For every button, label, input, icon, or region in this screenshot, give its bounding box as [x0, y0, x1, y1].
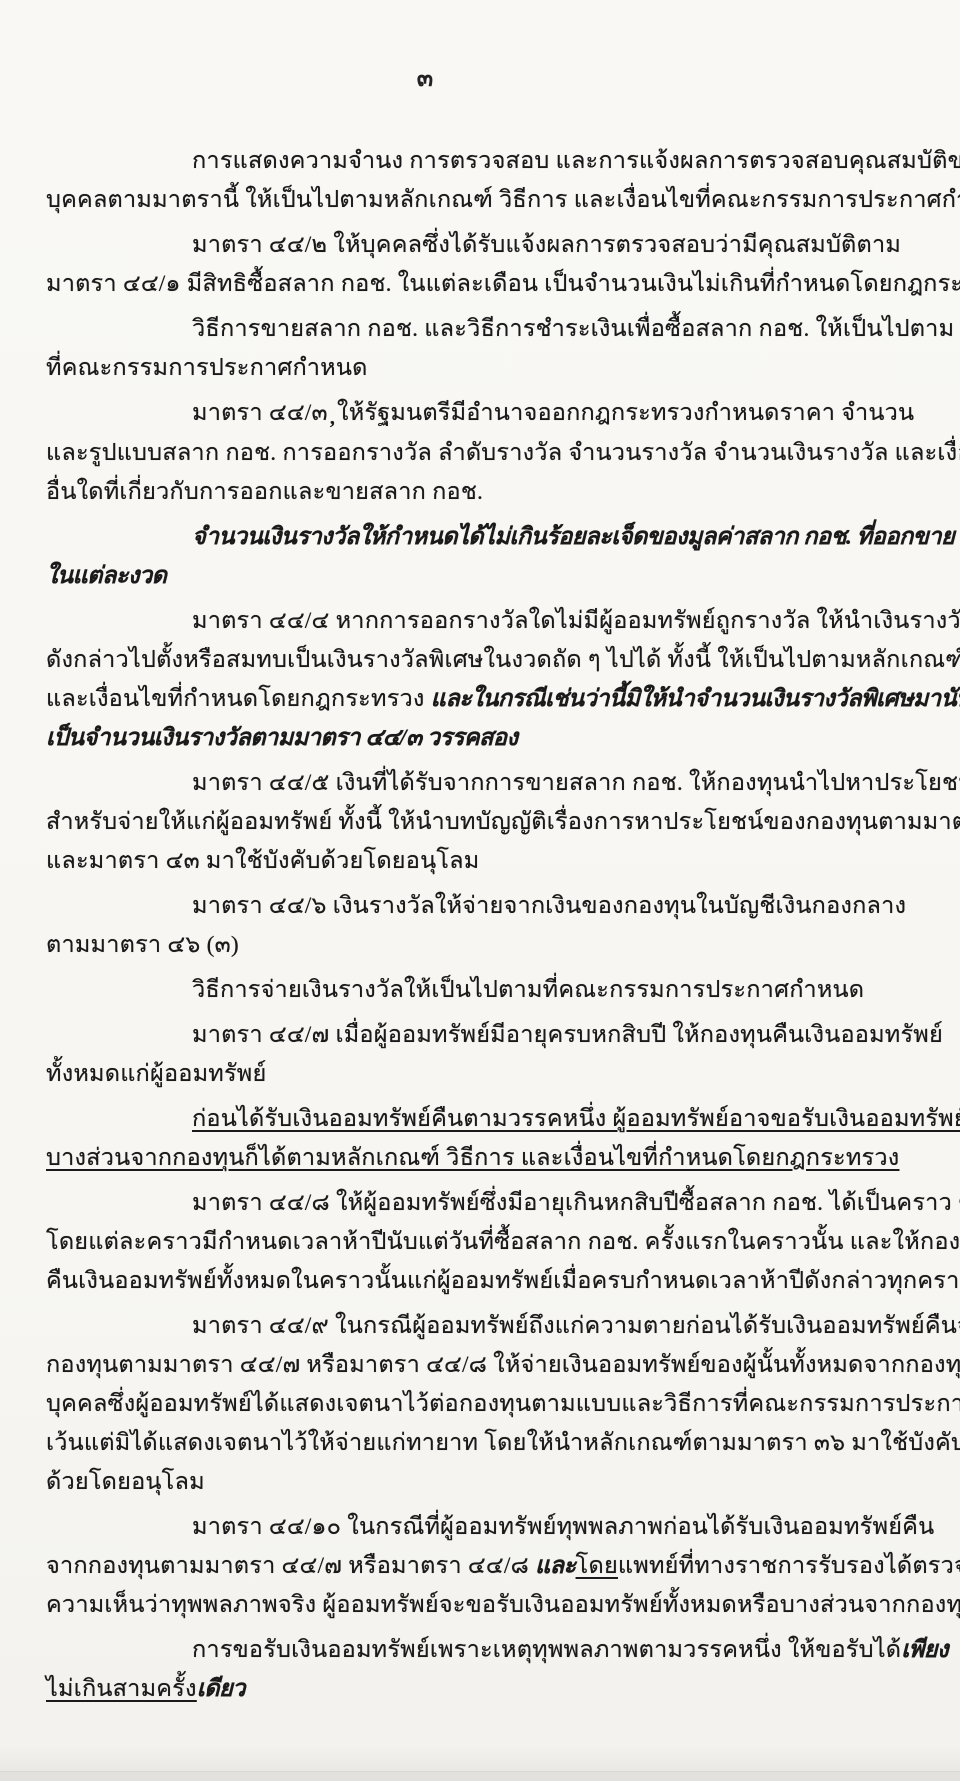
text-line: มาตรา ๔๔/๓,ให้รัฐมนตรีมีอำนาจออกกฎกระทรว… [46, 394, 906, 434]
text-segment: การขอรับเงินออมทรัพย์เพราะเหตุทุพพลภาพตา… [192, 1637, 901, 1663]
text-line: และรูปแบบสลาก กอช. การออกรางวัล ลำดับราง… [46, 434, 906, 473]
text-line: บุคคลซึ่งผู้ออมทรัพย์ได้แสดงเจตนาไว้ต่อก… [46, 1385, 906, 1424]
pen-mark: , [328, 407, 337, 429]
text-line: สำหรับจ่ายให้แก่ผู้ออมทรัพย์ ทั้งนี้ ให้… [46, 803, 906, 842]
text-segment: มาตรา ๔๔/๕ เงินที่ได้รับจากการขายสลาก กอ… [192, 770, 960, 796]
text-line: ตามมาตรา ๔๖ (๓) [46, 926, 906, 965]
text-segment: ดังกล่าวไปตั้งหรือสมทบเป็นเงินรางวัลพิเศ… [46, 647, 960, 673]
text-line: มาตรา ๔๔/๗ เมื่อผู้ออมทรัพย์มีอายุครบหกส… [46, 1016, 906, 1055]
text-line: เว้นแต่มิได้แสดงเจตนาไว้ให้จ่ายแก่ทายาท … [46, 1424, 906, 1463]
text-segment: วิธีการขายสลาก กอช. และวิธีการชำระเงินเพ… [192, 316, 954, 342]
text-line: และเงื่อนไขที่กำหนดโดยกฎกระทรวง และในกรณ… [46, 680, 906, 719]
scan-edge-shadow [0, 1771, 960, 1781]
text-segment: แพทย์ที่ทางราชการรับรองได้ตรวจและแสดง [618, 1553, 960, 1579]
text-line: บางส่วนจากกองทุนก็ได้ตามหลักเกณฑ์ วิธีกา… [46, 1139, 906, 1178]
text-segment: จากกองทุนตามมาตรา ๔๔/๗ หรือมาตรา ๔๔/๘ [46, 1553, 535, 1579]
text-segment: มาตรา ๔๔/๒ ให้บุคคลซึ่งได้รับแจ้งผลการตร… [192, 232, 901, 258]
text-line: ก่อนได้รับเงินออมทรัพย์คืนตามวรรคหนึ่ง ผ… [46, 1100, 906, 1139]
text-segment: มาตรา ๔๔/๑ มีสิทธิซื้อสลาก กอช. ในแต่ละเ… [46, 271, 960, 297]
text-segment: มาตรา ๔๔/๔ หากการออกรางวัลใดไม่มีผู้ออมท… [192, 608, 960, 634]
text-segment: มาตรา ๔๔/๘ ให้ผู้ออมทรัพย์ซึ่งมีอายุเกิน… [192, 1190, 960, 1216]
text-line: วิธีการขายสลาก กอช. และวิธีการชำระเงินเพ… [46, 310, 906, 349]
text-segment: ทั้งหมดแก่ผู้ออมทรัพย์ [46, 1061, 266, 1087]
text-line: จากกองทุนตามมาตรา ๔๔/๗ หรือมาตรา ๔๔/๘ แล… [46, 1547, 906, 1586]
text-line: อื่นใดที่เกี่ยวกับการออกและขายสลาก กอช. [46, 473, 906, 512]
text-line: ความเห็นว่าทุพพลภาพจริง ผู้ออมทรัพย์จะขอ… [46, 1586, 906, 1625]
text-segment: ที่คณะกรรมการประกาศกำหนด [46, 355, 368, 381]
text-segment: ก่อนได้รับเงินออมทรัพย์คืนตามวรรคหนึ่ง ผ… [192, 1106, 960, 1132]
text-line: ด้วยโดยอนุโลม [46, 1463, 906, 1502]
text-line: คืนเงินออมทรัพย์ทั้งหมดในคราวนั้นแก่ผู้อ… [46, 1262, 906, 1301]
text-line: บุคคลตามมาตรานี้ ให้เป็นไปตามหลักเกณฑ์ ว… [46, 181, 906, 220]
text-segment: ตามมาตรา ๔๖ (๓) [46, 932, 239, 958]
text-line: จำนวนเงินรางวัลให้กำหนดได้ไม่เกินร้อยละเ… [46, 518, 906, 557]
text-segment: และเงื่อนไขที่กำหนดโดยกฎกระทรวง [46, 686, 431, 712]
text-segment: จำนวนเงินรางวัลให้กำหนดได้ไม่เกินร้อยละเ… [192, 524, 954, 550]
text-segment: การแสดงความจำนง การตรวจสอบ และการแจ้งผลก… [192, 148, 960, 174]
text-segment: บุคคลซึ่งผู้ออมทรัพย์ได้แสดงเจตนาไว้ต่อก… [46, 1391, 960, 1417]
text-segment: กองทุนตามมาตรา ๔๔/๗ หรือมาตรา ๔๔/๘ ให้จ่… [46, 1352, 960, 1378]
text-line: ดังกล่าวไปตั้งหรือสมทบเป็นเงินรางวัลพิเศ… [46, 641, 906, 680]
text-segment: และมาตรา ๔๓ มาใช้บังคับด้วยโดยอนุโลม [46, 848, 479, 874]
text-segment: บุคคลตามมาตรานี้ ให้เป็นไปตามหลักเกณฑ์ ว… [46, 187, 960, 213]
text-line: และมาตรา ๔๓ มาใช้บังคับด้วยโดยอนุโลม [46, 842, 906, 881]
scanned-document-page: ๓ การแสดงความจำนง การตรวจสอบ และการแจ้งผ… [0, 0, 960, 1781]
text-line: มาตรา ๔๔/๑ มีสิทธิซื้อสลาก กอช. ในแต่ละเ… [46, 265, 906, 304]
text-segment: มาตรา ๔๔/๙ ในกรณีผู้ออมทรัพย์ถึงแก่ความต… [192, 1313, 960, 1339]
text-segment: คืนเงินออมทรัพย์ทั้งหมดในคราวนั้นแก่ผู้อ… [46, 1268, 960, 1294]
text-segment: ความเห็นว่าทุพพลภาพจริง ผู้ออมทรัพย์จะขอ… [46, 1592, 960, 1618]
text-segment: อื่นใดที่เกี่ยวกับการออกและขายสลาก กอช. [46, 479, 483, 505]
text-line: วิธีการจ่ายเงินรางวัลให้เป็นไปตามที่คณะก… [46, 971, 906, 1010]
text-segment: มาตรา ๔๔/๗ เมื่อผู้ออมทรัพย์มีอายุครบหกส… [192, 1022, 943, 1048]
text-segment: และ [535, 1553, 576, 1579]
text-segment: โดยแต่ละคราวมีกำหนดเวลาห้าปีนับแต่วันที่… [46, 1229, 960, 1255]
text-segment: วิธีการจ่ายเงินรางวัลให้เป็นไปตามที่คณะก… [192, 977, 864, 1003]
text-line: การแสดงความจำนง การตรวจสอบ และการแจ้งผลก… [46, 142, 906, 181]
text-segment: ด้วยโดยอนุโลม [46, 1469, 205, 1495]
text-segment: และรูปแบบสลาก กอช. การออกรางวัล ลำดับราง… [46, 440, 960, 466]
text-segment: ไม่เกินสามครั้ง [46, 1676, 197, 1702]
text-segment: ในแต่ละงวด [46, 563, 166, 589]
text-segment: สำหรับจ่ายให้แก่ผู้ออมทรัพย์ ทั้งนี้ ให้… [46, 809, 960, 835]
text-segment: เดียว [197, 1676, 245, 1702]
text-line: ไม่เกินสามครั้งเดียว [46, 1670, 906, 1709]
text-line: มาตรา ๔๔/๘ ให้ผู้ออมทรัพย์ซึ่งมีอายุเกิน… [46, 1184, 906, 1223]
text-segment: มาตรา ๔๔/๑๐ ในกรณีที่ผู้ออมทรัพย์ทุพพลภา… [192, 1514, 934, 1540]
text-segment: มาตรา ๔๔/๖ เงินรางวัลให้จ่ายจากเงินของกอ… [192, 893, 906, 919]
text-segment: ให้รัฐมนตรีมีอำนาจออกกฎกระทรวงกำหนดราคา … [337, 400, 914, 426]
text-segment: เป็นจำนวนเงินรางวัลตามมาตรา ๔๔/๓ วรรคสอง [46, 725, 517, 751]
text-line: ทั้งหมดแก่ผู้ออมทรัพย์ [46, 1055, 906, 1094]
text-line: การขอรับเงินออมทรัพย์เพราะเหตุทุพพลภาพตา… [46, 1631, 906, 1670]
text-segment: และในกรณีเช่นว่านี้มิให้นำจำนวนเงินรางวั… [431, 686, 960, 712]
text-line: โดยแต่ละคราวมีกำหนดเวลาห้าปีนับแต่วันที่… [46, 1223, 906, 1262]
text-line: ที่คณะกรรมการประกาศกำหนด [46, 349, 906, 388]
text-segment: เพียง [901, 1637, 948, 1663]
text-line: มาตรา ๔๔/๖ เงินรางวัลให้จ่ายจากเงินของกอ… [46, 887, 906, 926]
text-line: มาตรา ๔๔/๙ ในกรณีผู้ออมทรัพย์ถึงแก่ความต… [46, 1307, 906, 1346]
text-segment: มาตรา ๔๔/๓ [192, 400, 328, 426]
text-line: กองทุนตามมาตรา ๔๔/๗ หรือมาตรา ๔๔/๘ ให้จ่… [46, 1346, 906, 1385]
text-line: มาตรา ๔๔/๒ ให้บุคคลซึ่งได้รับแจ้งผลการตร… [46, 226, 906, 265]
text-segment: โดย [576, 1553, 618, 1579]
text-line: ในแต่ละงวด [46, 557, 906, 596]
text-line: มาตรา ๔๔/๑๐ ในกรณีที่ผู้ออมทรัพย์ทุพพลภา… [46, 1508, 906, 1547]
document-body: การแสดงความจำนง การตรวจสอบ และการแจ้งผลก… [46, 136, 906, 1709]
text-line: มาตรา ๔๔/๕ เงินที่ได้รับจากการขายสลาก กอ… [46, 764, 906, 803]
text-segment: บางส่วนจากกองทุนก็ได้ตามหลักเกณฑ์ วิธีกา… [46, 1145, 899, 1171]
text-line: เป็นจำนวนเงินรางวัลตามมาตรา ๔๔/๓ วรรคสอง [46, 719, 906, 758]
text-segment: เว้นแต่มิได้แสดงเจตนาไว้ให้จ่ายแก่ทายาท … [46, 1430, 960, 1456]
text-line: มาตรา ๔๔/๔ หากการออกรางวัลใดไม่มีผู้ออมท… [46, 602, 906, 641]
page-number: ๓ [0, 58, 850, 97]
